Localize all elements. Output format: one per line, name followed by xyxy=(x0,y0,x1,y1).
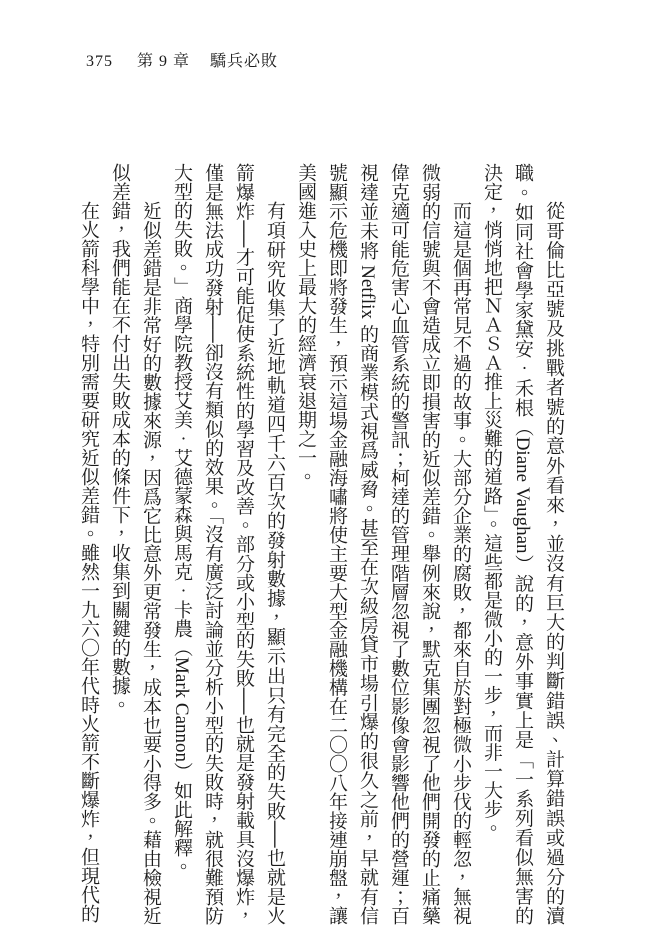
paragraph-5: 在火箭科學中，特別需要研究近似差錯。雖然一九六〇年代時火箭不斷爆炸，但現代的 xyxy=(73,163,104,925)
page-number: 375 xyxy=(86,53,113,70)
paragraph-4: 近似差錯是非常好的數據來源，因爲它比意外更常發生，成本也要小得多。藉由檢視近似差… xyxy=(104,163,166,925)
chapter-label: 第 9 章 xyxy=(137,53,190,70)
chapter-title: 驕兵必敗 xyxy=(210,53,278,70)
body-text: 從哥倫比亞號及挑戰者號的意外看來，並沒有巨大的判斷錯誤、計算錯誤或過分的瀆職。如… xyxy=(73,163,569,925)
book-page: 375第 9 章驕兵必敗 從哥倫比亞號及挑戰者號的意外看來，並沒有巨大的判斷錯誤… xyxy=(0,0,663,932)
paragraph-2: 而這是個再常見不過的故事。大部分企業的腐敗，都來自於對極微小步伐的輕忽，無視微弱… xyxy=(290,163,476,925)
paragraph-1: 從哥倫比亞號及挑戰者號的意外看來，並沒有巨大的判斷錯誤、計算錯誤或過分的瀆職。如… xyxy=(476,163,569,925)
paragraph-3: 有項研究收集了近地軌道四千六百次的發射數據，顯示出只有完全的失敗──也就是火箭爆… xyxy=(166,163,290,925)
page-header: 375第 9 章驕兵必敗 xyxy=(86,48,278,71)
